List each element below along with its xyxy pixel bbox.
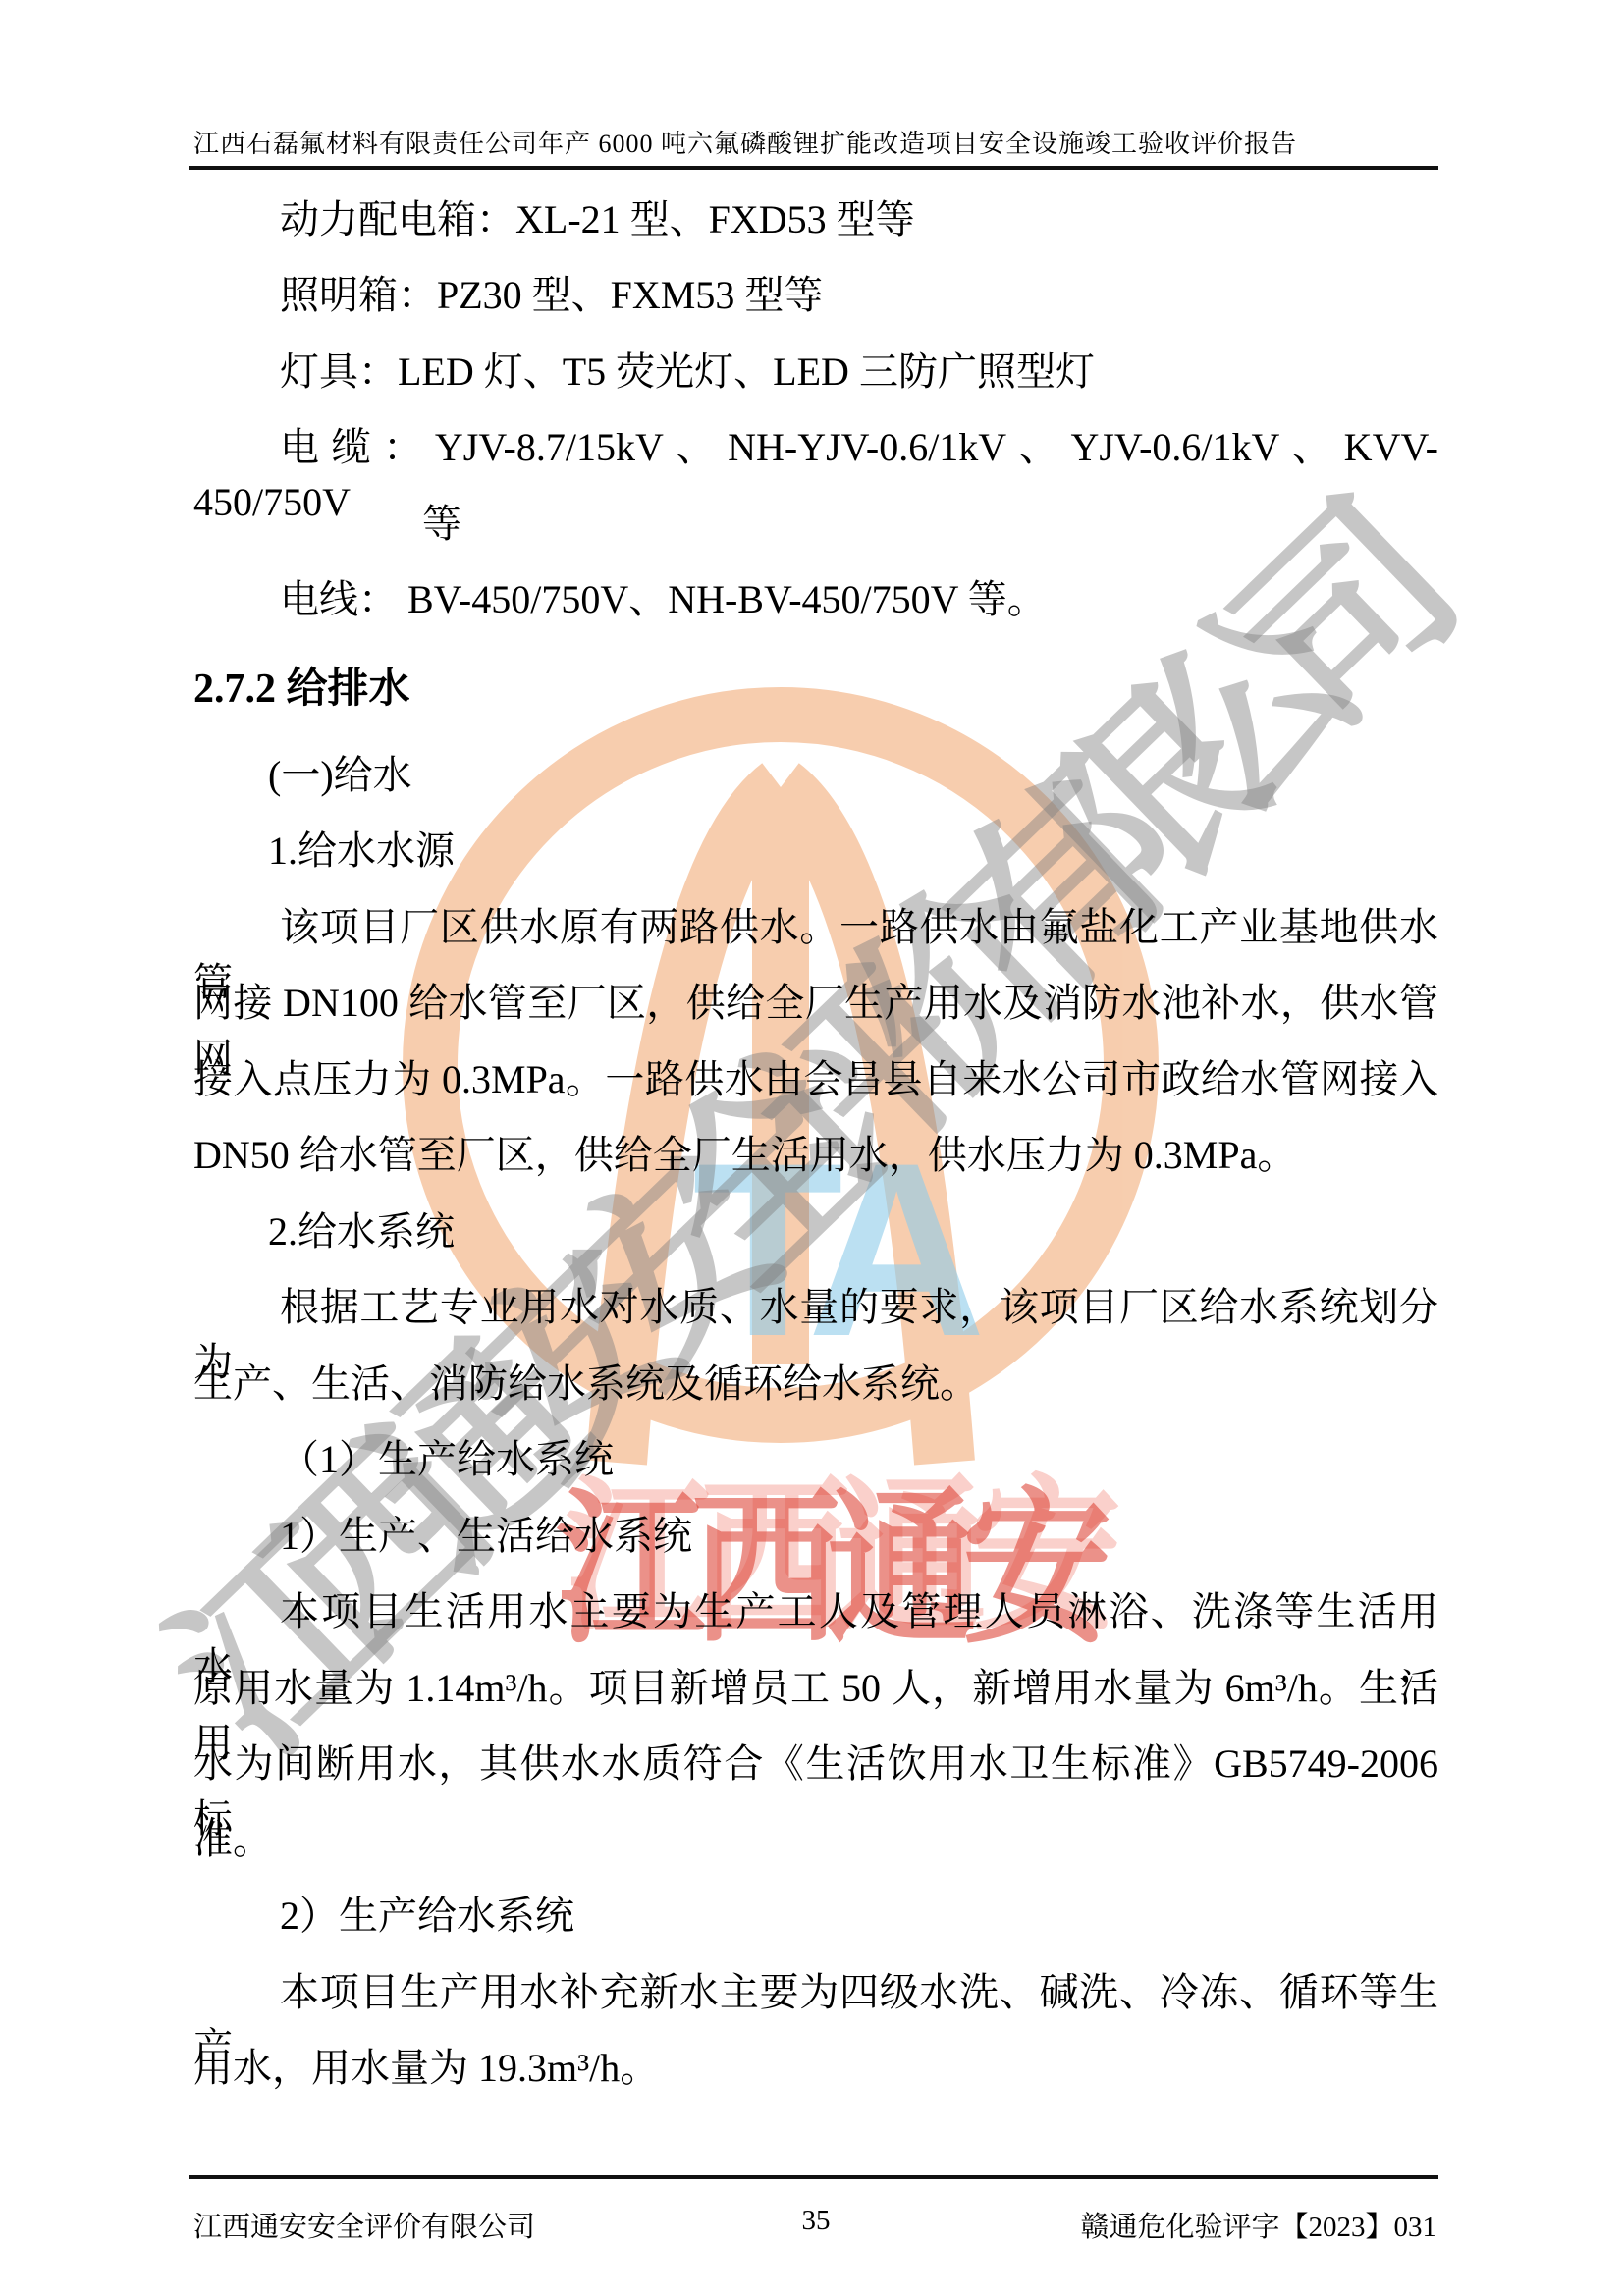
text-line: (一)给水: [268, 748, 412, 803]
text-line: 等: [422, 497, 461, 552]
text-line: 用水，用水量为 19.3m³/h。: [193, 2041, 659, 2096]
section-heading: 2.7.2 给排水: [193, 662, 410, 717]
text-line: 1）生产、生活给水系统: [280, 1509, 692, 1564]
text-line: 电缆：YJV-8.7/15kV、NH-YJV-0.6/1kV、YJV-0.6/1…: [193, 420, 1438, 530]
footer-doc-number: 赣通危化验评字【2023】031: [1080, 2205, 1436, 2245]
text-line: DN50 给水管至厂区，供给全厂生活用水，供水压力为 0.3MPa。: [193, 1128, 1296, 1183]
text-line: 准。: [193, 1813, 272, 1868]
header-rule: [189, 166, 1438, 170]
text-line: （1）生产给水系统: [280, 1432, 614, 1487]
footer-rule: [189, 2175, 1438, 2179]
text-line: 照明箱：PZ30 型、FXM53 型等: [280, 268, 823, 323]
text-line: 2）生产给水系统: [280, 1889, 574, 1944]
text-line: 水为间断用水，其供水水质符合《生活饮用水卫生标准》GB5749-2006 标: [193, 1736, 1438, 1846]
header-title: 江西石磊氟材料有限责任公司年产 6000 吨六氟磷酸锂扩能改造项目安全设施竣工验…: [193, 124, 1438, 160]
text-line: 接入点压力为 0.3MPa。一路供水由会昌县自来水公司市政给水管网接入: [193, 1052, 1438, 1107]
text-line: 生产、生活、消防给水系统及循环给水系统。: [193, 1357, 979, 1412]
text-line: 灯具：LED 灯、T5 荧光灯、LED 三防广照型灯: [280, 345, 1095, 400]
text-line: 电线： BV-450/750V、NH-BV-450/750V 等。: [280, 572, 1047, 627]
text-line: 动力配电箱：XL-21 型、FXD53 型等: [280, 192, 915, 247]
document-page: TA 江西通安安全评价有限公司 江西通安 江西石磊氟材料有限责任公司年产 600…: [0, 0, 1624, 2296]
text-line: 1.给水水源: [268, 824, 455, 879]
text-line: 2.给水系统: [268, 1204, 455, 1259]
